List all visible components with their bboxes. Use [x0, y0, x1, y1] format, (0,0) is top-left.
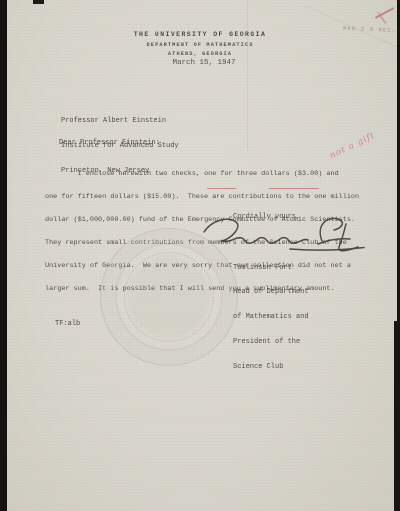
- red-pencil-annotation: not a gift: [328, 113, 400, 161]
- body-line: one for fifteen dollars ($15.00). These …: [45, 194, 359, 202]
- letterhead-department: DEPARTMENT OF MATHEMATICS: [0, 42, 400, 48]
- letter-scan: THE UNIVERSITY OF GEORGIA DEPARTMENT OF …: [0, 0, 400, 511]
- paper-crease: [247, 0, 248, 150]
- signature-line: of Mathematics and: [233, 313, 309, 321]
- salutation: Dear Professor Einstein:: [59, 139, 160, 147]
- signature-block: Tomlinson Fort Head of Department of Mat…: [233, 247, 309, 388]
- letter-date: March 15, 1947: [0, 59, 400, 67]
- red-underline-members: [207, 188, 236, 189]
- signature-line: President of the: [233, 338, 309, 346]
- red-underline-science-club: [269, 188, 319, 189]
- typist-reference: TF:alb: [55, 320, 80, 328]
- signature-line: Tomlinson Fort: [233, 264, 309, 272]
- signature-line: Science Club: [233, 363, 309, 371]
- signature-line: Head of Department: [233, 288, 309, 296]
- recipient-line: Professor Albert Einstein: [61, 117, 179, 125]
- letterhead-university: THE UNIVERSITY OF GEORGIA: [0, 31, 400, 38]
- scan-edge-right-bottom: [394, 321, 400, 511]
- body-line: I enclose herewith two checks, one for t…: [45, 171, 359, 179]
- embossed-seal-inner: [124, 252, 214, 342]
- scan-edge-top-mark: [33, 0, 44, 4]
- scan-edge-left: [0, 0, 7, 511]
- letterhead-location: ATHENS, GEORGIA: [0, 51, 400, 57]
